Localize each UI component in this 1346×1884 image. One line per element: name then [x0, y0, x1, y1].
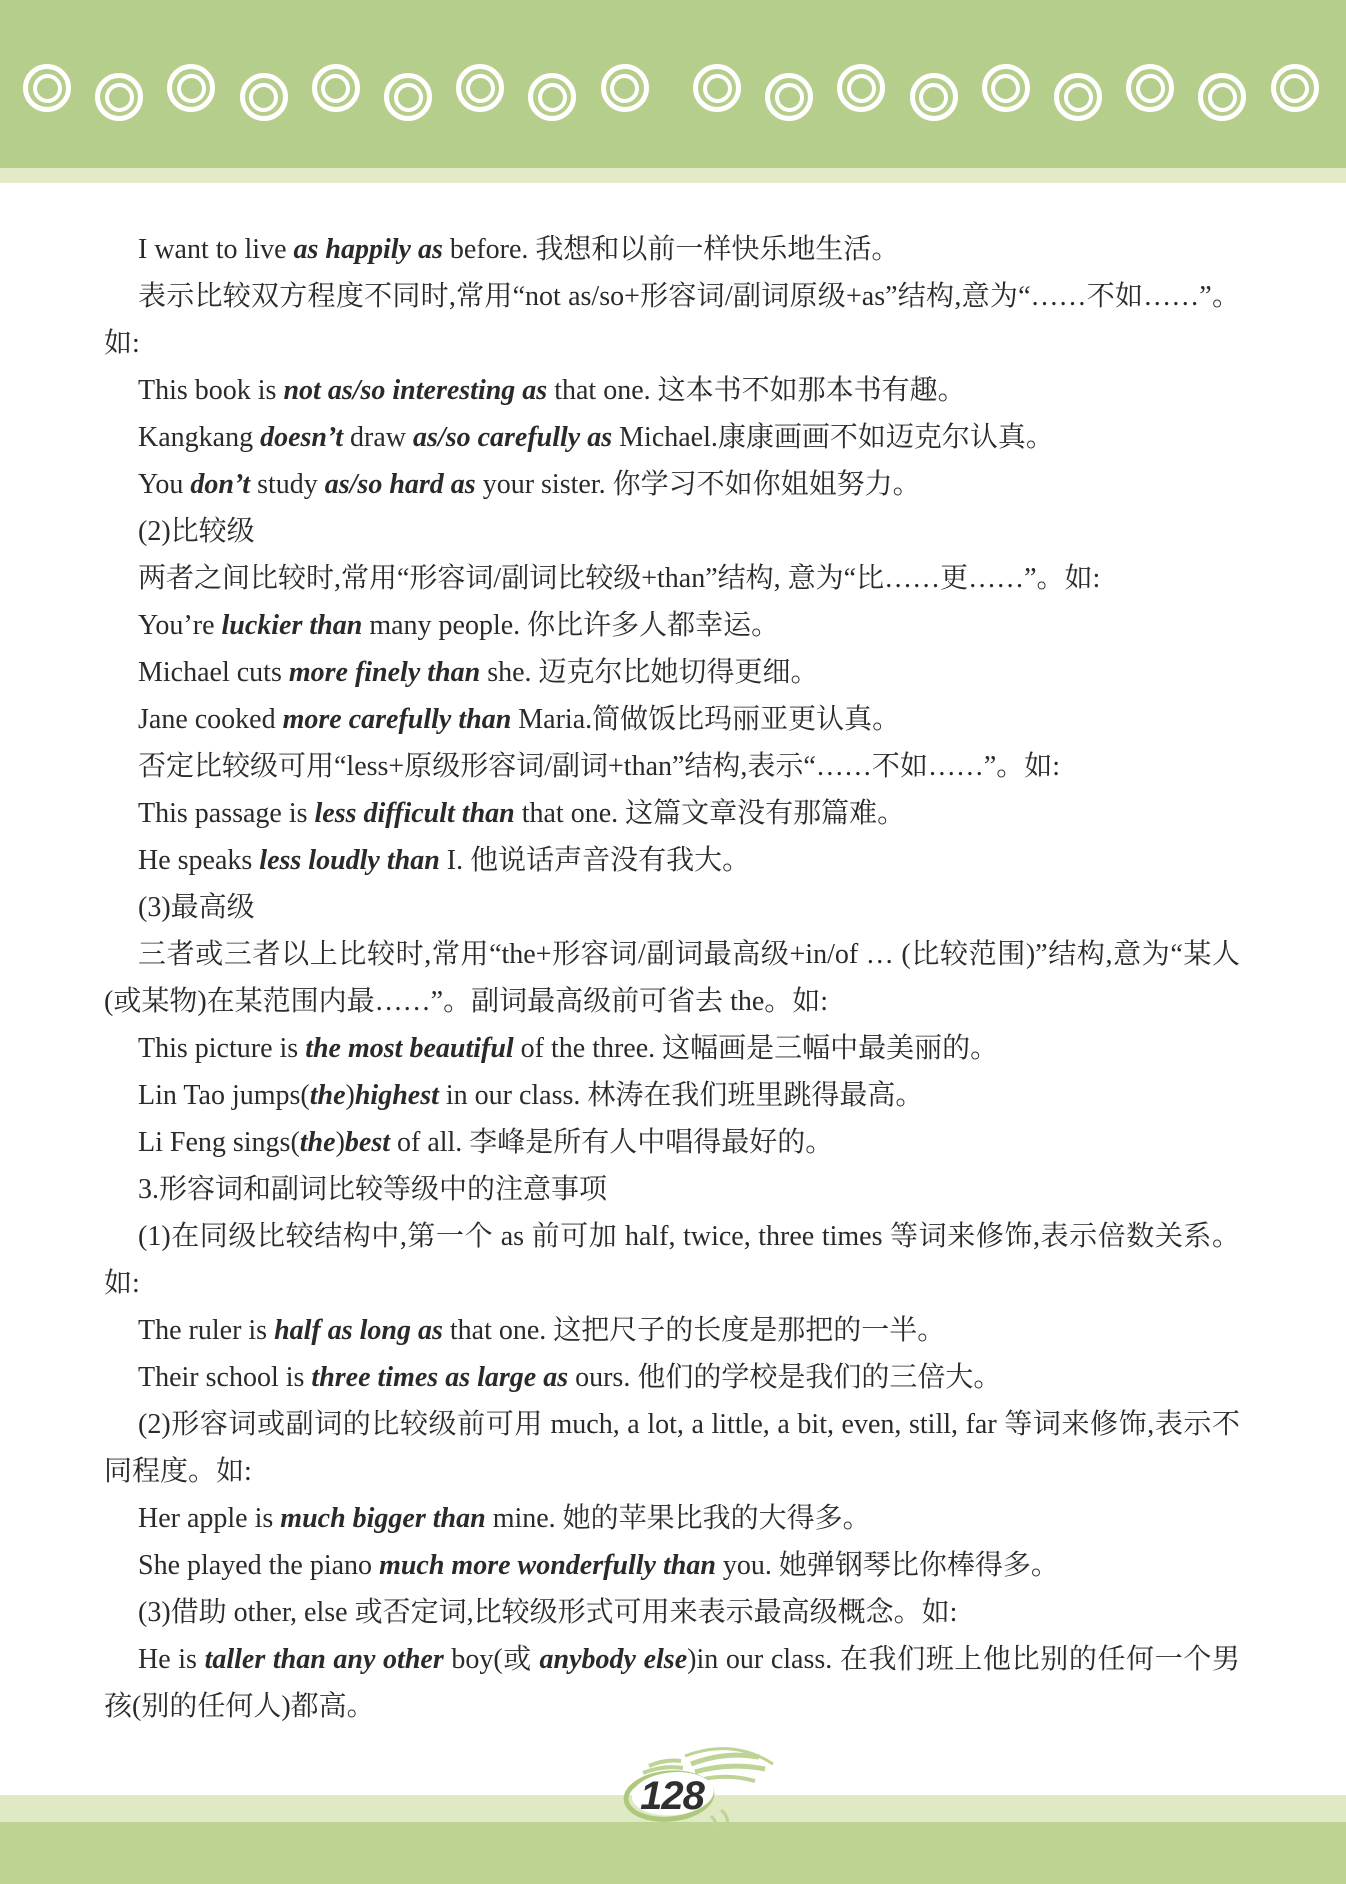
double-ring-circle-inner [1064, 83, 1093, 112]
paragraph: 否定比较级可用“less+原级形容词/副词+than”结构,表示“……不如……”… [104, 743, 1240, 790]
paragraph: 两者之间比较时,常用“形容词/副词比较级+than”结构, 意为“比……更……”… [104, 555, 1240, 602]
body-text: 表示比较双方程度不同时,常用“not as/so+形容词/副词原级+as”结构,… [104, 281, 1240, 359]
double-ring-circle-icon [1126, 64, 1174, 112]
paragraph: This passage is less difficult than that… [104, 790, 1240, 837]
emphasis-text: taller than any other [205, 1644, 444, 1675]
emphasis-text: the [310, 1080, 346, 1111]
paragraph: (2)形容词或副词的比较级前可用 much, a lot, a little, … [104, 1401, 1240, 1495]
emphasis-text: anybody else [540, 1644, 688, 1675]
body-text: 3.形容词和副词比较等级中的注意事项 [138, 1174, 607, 1205]
paragraph: This book is not as/so interesting as th… [104, 367, 1240, 414]
double-ring-circle-icon [765, 73, 813, 121]
double-ring-circle-inner [610, 74, 639, 103]
paragraph: 3.形容词和副词比较等级中的注意事项 [104, 1166, 1240, 1213]
body-text: (2)形容词或副词的比较级前可用 much, a lot, a little, … [104, 1409, 1240, 1487]
body-text: Jane cooked [138, 704, 283, 735]
double-ring-circle-inner [703, 74, 732, 103]
body-text: 三者或三者以上比较时,常用“the+形容词/副词最高级+in/of … (比较范… [104, 939, 1240, 1017]
book-page: I want to live as happily as before. 我想和… [0, 0, 1346, 1884]
double-ring-circle-icon [1271, 64, 1319, 112]
double-ring-circle-icon [23, 64, 71, 112]
body-text: (3)借助 other, else 或否定词,比较级形式可用来表示最高级概念。如… [138, 1597, 957, 1628]
double-ring-circle-inner [33, 74, 62, 103]
paragraph: Michael cuts more finely than she. 迈克尔比她… [104, 649, 1240, 696]
emphasis-text: the [300, 1127, 336, 1158]
paragraph: Jane cooked more carefully than Maria.简做… [104, 696, 1240, 743]
double-ring-circle-icon [837, 64, 885, 112]
double-ring-circle-inner [775, 83, 804, 112]
header-strip [0, 168, 1346, 183]
emphasis-text: three times as large as [311, 1362, 568, 1393]
body-text: she. 迈克尔比她切得更细。 [480, 657, 818, 688]
body-text: ) [336, 1127, 345, 1158]
body-text: before. 我想和以前一样快乐地生活。 [443, 234, 900, 265]
body-text: She played the piano [138, 1550, 379, 1581]
emphasis-text: less difficult than [315, 798, 515, 829]
body-text: I. 他说话声音没有我大。 [440, 845, 750, 876]
content-area: I want to live as happily as before. 我想和… [104, 226, 1240, 1730]
emphasis-text: the most beautiful [305, 1033, 513, 1064]
double-ring-circle-icon [1054, 73, 1102, 121]
emphasis-text: doesn’t [260, 422, 343, 453]
emphasis-text: more finely than [289, 657, 480, 688]
body-text: of the three. 这幅画是三幅中最美丽的。 [514, 1033, 999, 1064]
double-ring-circle-inner [321, 74, 350, 103]
body-text: draw [343, 422, 413, 453]
body-text: This passage is [138, 798, 315, 829]
paragraph: 表示比较双方程度不同时,常用“not as/so+形容词/副词原级+as”结构,… [104, 273, 1240, 367]
body-text: I want to live [138, 234, 294, 265]
double-ring-circle-icon [240, 73, 288, 121]
body-text: you. 她弹钢琴比你棒得多。 [716, 1550, 1059, 1581]
paragraph: He speaks less loudly than I. 他说话声音没有我大。 [104, 837, 1240, 884]
double-ring-circle-icon [312, 64, 360, 112]
body-text: Michael.康康画画不如迈克尔认真。 [612, 422, 1054, 453]
emphasis-text: highest [355, 1080, 439, 1111]
body-text: of all. 李峰是所有人中唱得最好的。 [390, 1127, 833, 1158]
paragraph: The ruler is half as long as that one. 这… [104, 1307, 1240, 1354]
paragraph: Their school is three times as large as … [104, 1354, 1240, 1401]
body-text: that one. 这篇文章没有那篇难。 [515, 798, 905, 829]
paragraph: Li Feng sings(the)best of all. 李峰是所有人中唱得… [104, 1119, 1240, 1166]
paragraph: 三者或三者以上比较时,常用“the+形容词/副词最高级+in/of … (比较范… [104, 931, 1240, 1025]
body-text: The ruler is [138, 1315, 274, 1346]
paragraph: Kangkang doesn’t draw as/so carefully as… [104, 414, 1240, 461]
paragraph: (3)借助 other, else 或否定词,比较级形式可用来表示最高级概念。如… [104, 1589, 1240, 1636]
page-number-badge: 128 [545, 1730, 805, 1840]
body-text: You’re [138, 610, 222, 641]
paragraph: (3)最高级 [104, 884, 1240, 931]
body-text: that one. 这本书不如那本书有趣。 [547, 375, 965, 406]
emphasis-text: best [345, 1127, 390, 1158]
body-text: ) [346, 1080, 355, 1111]
emphasis-text: not as/so interesting as [283, 375, 547, 406]
emphasis-text: much more wonderfully than [379, 1550, 716, 1581]
paragraph: (2)比较级 [104, 508, 1240, 555]
paragraph: Lin Tao jumps(the)highest in our class. … [104, 1072, 1240, 1119]
body-text: (3)最高级 [138, 892, 255, 923]
paragraph: He is taller than any other boy(或 anybod… [104, 1636, 1240, 1730]
body-text: 否定比较级可用“less+原级形容词/副词+than”结构,表示“……不如……”… [138, 751, 1060, 782]
body-text: mine. 她的苹果比我的大得多。 [486, 1503, 871, 1534]
emphasis-text: less loudly than [259, 845, 439, 876]
double-ring-circle-icon [384, 73, 432, 121]
double-ring-circle-icon [693, 64, 741, 112]
emphasis-text: don’t [190, 469, 250, 500]
double-ring-circle-inner [177, 74, 206, 103]
body-text: boy(或 [444, 1644, 540, 1675]
page-number: 128 [640, 1774, 705, 1818]
body-text: Li Feng sings( [138, 1127, 300, 1158]
double-ring-circle-icon [982, 64, 1030, 112]
body-text: You [138, 469, 190, 500]
double-ring-circle-inner [919, 83, 948, 112]
emphasis-text: more carefully than [283, 704, 512, 735]
body-text: many people. 你比许多人都幸运。 [362, 610, 779, 641]
body-text: Michael cuts [138, 657, 289, 688]
body-text: This book is [138, 375, 283, 406]
body-text: Her apple is [138, 1503, 280, 1534]
body-text: He is [138, 1644, 205, 1675]
double-ring-circle-inner [847, 74, 876, 103]
body-text: study [250, 469, 325, 500]
emphasis-text: luckier than [222, 610, 363, 641]
paragraph: She played the piano much more wonderful… [104, 1542, 1240, 1589]
paragraph: (1)在同级比较结构中,第一个 as 前可加 half, twice, thre… [104, 1213, 1240, 1307]
body-text: Kangkang [138, 422, 260, 453]
double-ring-circle-inner [1280, 74, 1309, 103]
body-text: Their school is [138, 1362, 311, 1393]
body-text: 两者之间比较时,常用“形容词/副词比较级+than”结构, 意为“比……更……”… [138, 563, 1100, 594]
double-ring-circle-inner [538, 83, 567, 112]
double-ring-circle-icon [601, 64, 649, 112]
body-text: He speaks [138, 845, 259, 876]
emphasis-text: much bigger than [280, 1503, 485, 1534]
paragraph: You’re luckier than many people. 你比许多人都幸… [104, 602, 1240, 649]
body-text: in our class. 林涛在我们班里跳得最高。 [439, 1080, 924, 1111]
body-text: that one. 这把尺子的长度是那把的一半。 [443, 1315, 945, 1346]
double-ring-circle-inner [1208, 83, 1237, 112]
double-ring-circle-inner [1136, 74, 1165, 103]
emphasis-text: as/so carefully as [413, 422, 612, 453]
body-text: This picture is [138, 1033, 305, 1064]
paragraph: I want to live as happily as before. 我想和… [104, 226, 1240, 273]
double-ring-circle-inner [466, 74, 495, 103]
double-ring-circle-icon [456, 64, 504, 112]
double-ring-circle-inner [249, 83, 278, 112]
body-text: (1)在同级比较结构中,第一个 as 前可加 half, twice, thre… [104, 1221, 1240, 1299]
emphasis-text: half as long as [274, 1315, 443, 1346]
header-band [0, 0, 1346, 168]
double-ring-circle-icon [167, 64, 215, 112]
body-text: ours. 他们的学校是我们的三倍大。 [568, 1362, 1001, 1393]
double-ring-circle-icon [910, 73, 958, 121]
paragraph: You don’t study as/so hard as your siste… [104, 461, 1240, 508]
emphasis-text: as happily as [294, 234, 443, 265]
paragraph: Her apple is much bigger than mine. 她的苹果… [104, 1495, 1240, 1542]
double-ring-circle-icon [528, 73, 576, 121]
double-ring-circle-inner [105, 83, 134, 112]
double-ring-circle-icon [95, 73, 143, 121]
paragraph: This picture is the most beautiful of th… [104, 1025, 1240, 1072]
body-text: your sister. 你学习不如你姐姐努力。 [476, 469, 921, 500]
double-ring-circle-icon [1198, 73, 1246, 121]
body-text: Lin Tao jumps( [138, 1080, 310, 1111]
double-ring-circle-inner [991, 74, 1020, 103]
body-text: Maria.简做饭比玛丽亚更认真。 [511, 704, 900, 735]
body-text: (2)比较级 [138, 516, 255, 547]
double-ring-circle-inner [394, 83, 423, 112]
emphasis-text: as/so hard as [325, 469, 476, 500]
